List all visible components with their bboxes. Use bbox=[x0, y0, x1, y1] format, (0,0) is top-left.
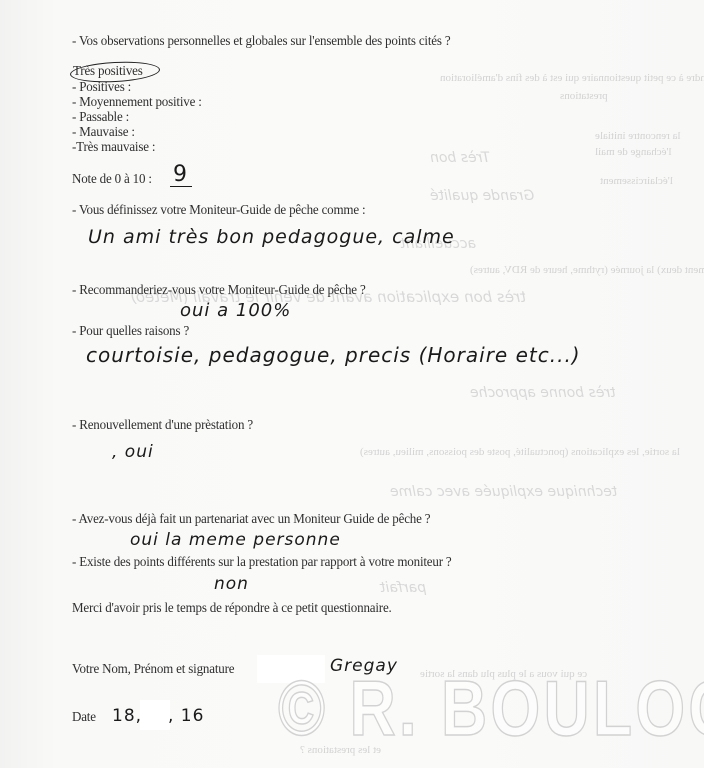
note-underline bbox=[170, 186, 192, 187]
question-recommend: - Recommanderiez-vous votre Moniteur-Gui… bbox=[72, 283, 366, 298]
answer-reasons: courtoisie, pedagogue, precis (Horaire e… bbox=[86, 343, 581, 367]
question-partnership: - Avez-vous déjà fait un partenariat ave… bbox=[72, 512, 430, 527]
show-through-handwriting: Très bon bbox=[430, 150, 490, 166]
scanned-questionnaire-page: la satisfaction de répondre à ce petit q… bbox=[0, 0, 704, 768]
show-through-text: la rencontre initiale bbox=[595, 130, 681, 142]
show-through-handwriting: Grande qualité bbox=[430, 188, 534, 204]
question-renewal: - Renouvellement d'une prèstation ? bbox=[72, 418, 253, 433]
question-reasons: - Pour quelles raisons ? bbox=[72, 324, 189, 339]
answer-recommend: oui a 100% bbox=[180, 300, 291, 321]
answer-renewal: , oui bbox=[112, 442, 154, 462]
redacted-date-month bbox=[140, 700, 170, 730]
answer-define-guide: Un ami très bon pedagogue, calme bbox=[88, 226, 455, 248]
option-passable: - Passable : bbox=[72, 110, 129, 125]
show-through-text: la satisfaction de répondre à ce petit q… bbox=[440, 72, 704, 84]
show-through-handwriting: très bonne approche bbox=[470, 385, 616, 401]
question-observations: - Vos observations personnelles et globa… bbox=[72, 34, 450, 49]
note-answer: 9 bbox=[173, 162, 188, 187]
date-label: Date bbox=[72, 710, 96, 725]
show-through-text: l'éclaircissement bbox=[600, 175, 673, 187]
answer-differences: non bbox=[214, 574, 249, 594]
show-through-handwriting: technique expliquée avec calme bbox=[390, 484, 617, 500]
show-through-text: prestations bbox=[560, 90, 608, 102]
question-define-guide: - Vous définissez votre Moniteur-Guide d… bbox=[72, 203, 365, 218]
copyright-watermark: © R. BOULOC bbox=[278, 668, 704, 748]
name-signature-label: Votre Nom, Prénom et signature bbox=[72, 662, 234, 677]
date-year: , 16 bbox=[168, 706, 204, 726]
option-moyennement-positive: - Moyennement positive : bbox=[72, 95, 202, 110]
option-tres-mauvaise: -Très mauvaise : bbox=[72, 140, 155, 155]
show-through-handwriting: parfait bbox=[380, 580, 426, 596]
note-label: Note de 0 à 10 : bbox=[72, 172, 152, 187]
option-positives: - Positives : bbox=[72, 80, 131, 95]
question-differences: - Existe des points différents sur la pr… bbox=[72, 555, 452, 570]
option-mauvaise: - Mauvaise : bbox=[72, 125, 135, 140]
date-day: 18, bbox=[112, 706, 142, 726]
show-through-text: (vraiment deux) la journée (rythme, heur… bbox=[470, 264, 704, 276]
option-tres-positives: Très positives bbox=[73, 64, 143, 79]
thanks-text: Merci d'avoir pris le temps de répondre … bbox=[72, 601, 392, 616]
show-through-text: la sortie, les explications (ponctualité… bbox=[360, 446, 680, 458]
show-through-text: l'échange de mail bbox=[595, 146, 672, 158]
answer-partnership: oui la meme personne bbox=[130, 530, 341, 550]
